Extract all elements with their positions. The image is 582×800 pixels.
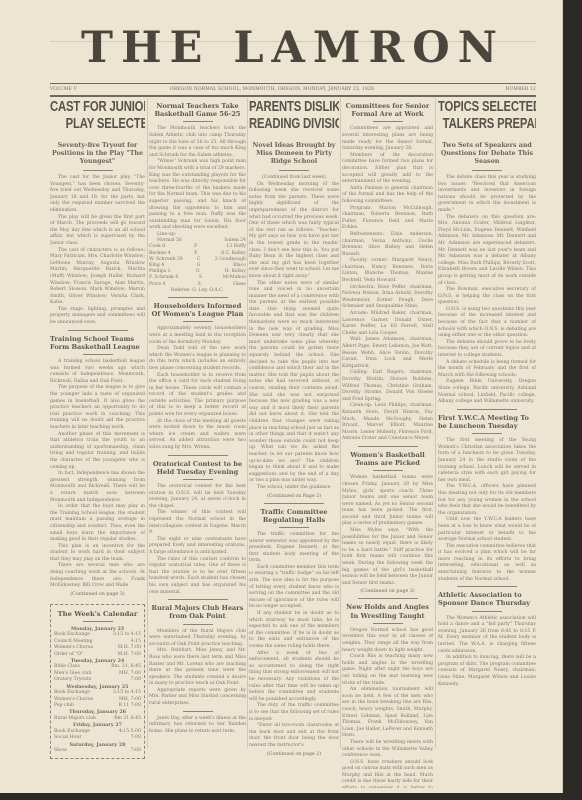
headline-line-2: PLAY SELECTED <box>50 116 124 132</box>
paragraph: Each committee member this term is weari… <box>249 565 339 611</box>
paragraph: Arcade: Mildred Baker, chairman, Lawrenc… <box>342 311 433 337</box>
column-3: PARENTS DISLIKE READING DIVISION Novel I… <box>249 98 339 788</box>
paragraph: Approximately seventy householders were … <box>149 326 246 346</box>
column-divider <box>435 98 436 748</box>
paragraph: Oregon Normal school has good wrestlers … <box>342 628 433 654</box>
paragraph: The Bowman, executive secretary of O.N.S… <box>438 287 536 307</box>
dateline-top-rule <box>50 83 536 84</box>
column-divider <box>340 98 341 748</box>
divider <box>457 409 517 410</box>
article-debate-topics: TOPICS SELECTED TALKERS PREPARE Two Sets… <box>438 99 536 406</box>
issue-number: NUMBER 12 <box>505 87 536 92</box>
article-rural-majors: Rural Majors Club Hears from Oak Point M… <box>149 604 246 735</box>
divider <box>183 479 213 480</box>
event-name: Social Hour <box>54 735 82 741</box>
subheadline: Seventy-five Tryout for Positions in the… <box>50 142 145 166</box>
lineup-row: Price 4SGiese <box>149 282 246 288</box>
divider <box>373 121 403 122</box>
article-parents-dislike: PARENTS DISLIKE READING DIVISION Novel I… <box>249 99 339 500</box>
dateline: VOLUME V OREGON NORMAL SCHOOL, MONMOUTH,… <box>50 87 536 95</box>
article-athletic-dance: Athletic Association to Sponsor Dance Th… <box>438 591 536 688</box>
headline-line-1: CAST FOR JUNIOR <box>50 99 124 115</box>
column-4: Committees for Senior Formal Are at Work… <box>342 98 433 788</box>
paragraph: Program: Marion McCullough, chairman, Ro… <box>342 206 433 232</box>
position: S <box>165 282 233 288</box>
paragraph: Dean Todd told of the new work which the… <box>149 346 246 372</box>
headline-line-2: TALKERS PREPARE <box>438 116 514 132</box>
subheadline: Novel Ideas Brought by Miss Demeen to Pi… <box>249 142 339 166</box>
paragraph: Another phase of this movement is that a… <box>50 432 145 472</box>
headline: Committees for Senior Formal Are at Work <box>342 102 433 118</box>
article-householders: Householders Informed Of Women's League … <box>149 302 246 452</box>
article-oratorical-contest: Oratorical Contest to be Held Tuesday Ev… <box>149 460 246 597</box>
paragraph: The Monmouth teachers took the Salem Ath… <box>149 126 246 159</box>
article-traffic-committee: Traffic Committee Regulating Halls The t… <box>249 508 339 758</box>
paragraph: A training school basketball league was … <box>50 359 145 385</box>
article-wrestling: New Holds and Angles In Wrestling Taught… <box>342 603 433 788</box>
event-time: 7:00 <box>131 735 141 741</box>
lineup-rows: Cook 8F13 DuffyBecken 4F8 C. KelleyW. Sc… <box>149 244 246 287</box>
headline-line-2: READING DIVISION <box>249 116 319 132</box>
article-junior-play: CAST FOR JUNIOR PLAY SELECTED Seventy-fi… <box>50 99 145 327</box>
paragraph: The duty of the traffic committee is to … <box>249 703 339 723</box>
dateline-center: OREGON NORMAL SCHOOL, MONMOUTH, OREGON, … <box>170 87 374 92</box>
volume-label: VOLUME V <box>50 87 77 92</box>
divider <box>472 433 502 434</box>
divider <box>183 711 213 712</box>
column-1: CAST FOR JUNIOR PLAY SELECTED Seventy-fi… <box>50 98 145 788</box>
headline: Householders Informed Of Women's League … <box>149 302 246 318</box>
dateline-bottom-rule <box>50 95 536 97</box>
paragraph: The rules of this contest conform to reg… <box>149 557 246 597</box>
home-player: Price 4 <box>149 282 165 288</box>
column-divider <box>247 98 248 748</box>
paragraph: The stage, lighting, prompter and proper… <box>50 307 145 327</box>
paragraph: Women basketball teams were chosen Frida… <box>342 475 433 528</box>
event-time: 7:00 <box>131 677 141 683</box>
divider <box>358 446 418 447</box>
away-player: Giese <box>233 282 246 288</box>
divider <box>168 455 228 456</box>
headline-line-1: PARENTS DISLIKE <box>249 99 319 115</box>
paragraph: The school, under the guidance <box>249 485 339 492</box>
headline: Training School Teams Form Basketball Le… <box>50 335 145 351</box>
paragraph: The Women's Athletic association will ho… <box>438 616 536 656</box>
continued-notice: (Continued on page 2) <box>249 751 339 758</box>
paragraph: Clean-up: Leon Phillips, chairman, Kenne… <box>342 403 433 443</box>
paragraph: There will be wrestling meets with other… <box>342 740 433 760</box>
divider <box>83 170 113 171</box>
paragraph: In order that the boys may play in the T… <box>50 504 145 544</box>
divider <box>373 470 403 471</box>
paragraph: Committees are appointed and several int… <box>342 126 433 152</box>
paragraph: "Wimie" Schrunk was high point man for M… <box>149 159 246 232</box>
divider <box>279 170 309 171</box>
paragraph: Coach Riis is teaching many new holds an… <box>342 654 433 687</box>
paragraph: Mrs. Reinhart, Miss Jenny, and Mr. Ross … <box>149 648 246 688</box>
paragraph: "Enter all two-room classrooms at the ba… <box>249 723 339 749</box>
headline: Normal Teachers Take Basketball Game 56-… <box>149 102 246 118</box>
event-name: Show <box>54 748 67 754</box>
lineup-table: Line-up: Normal 56 Salem 24 Cook 8F13 Du… <box>149 232 246 294</box>
calendar-event: Show7:00 <box>54 748 141 754</box>
paragraph: The oratorical contest for the best orat… <box>149 484 246 510</box>
divider <box>457 586 517 587</box>
headline: Oratorical Contest to be Held Tuesday Ev… <box>149 460 246 476</box>
referee-line: Referee: G. Ley, O.A.C. <box>149 288 246 294</box>
divider <box>472 611 502 612</box>
column-2: Normal Teachers Take Basketball Game 56-… <box>149 98 246 788</box>
paragraph: The debates should prove to be lively be… <box>438 340 536 360</box>
paragraph: After a week or two of enforcement, all … <box>249 651 339 704</box>
paragraph: Ceiling: Earl Rogers, chairman, Dorothy … <box>342 370 433 403</box>
paragraph: Faculty corner: Margaret Neary, chairman… <box>342 258 433 284</box>
divider <box>83 354 113 355</box>
paragraph: Janet Day, after a week's illness at the… <box>149 716 246 736</box>
paragraph: O.N.S. bone crushers should look good on… <box>342 760 433 788</box>
divider <box>168 297 228 298</box>
subheadline: Two Sets of Speakers and Questions for D… <box>438 142 536 166</box>
headline: New Holds and Angles In Wrestling Taught <box>342 603 433 619</box>
divider <box>358 598 418 599</box>
continued-notice: (Continued on page 3) <box>50 591 145 598</box>
headline: Traffic Committee Regulating Halls <box>249 508 339 524</box>
paragraph: Orchestra: Rose Peffer, chairman, Nelver… <box>342 285 433 311</box>
paragraph: The debate class this year is studying t… <box>438 175 536 215</box>
headline: First Y.W.C.A Meeting To be Luncheon Tue… <box>438 414 536 430</box>
divider <box>472 170 502 171</box>
divider <box>264 503 324 504</box>
newspaper-page: THE LAMRON VOLUME V OREGON NORMAL SCHOOL… <box>0 0 563 793</box>
paragraph: Anita Paulsen is general chairman of the… <box>342 186 433 206</box>
headline: Athletic Association to Sponsor Dance Th… <box>438 591 536 607</box>
paragraph: The play will be given the first part of… <box>50 215 145 248</box>
weeks-calendar-box: The Week's Calendar Monday, January 23Bo… <box>50 604 145 759</box>
divider <box>183 624 213 625</box>
column-divider <box>147 98 148 748</box>
paragraph: (Continued from last week) <box>249 175 339 182</box>
divider <box>279 527 309 528</box>
event-name: Oratory Tryouts <box>54 677 91 683</box>
divider <box>373 623 403 624</box>
headline-line-1: TOPICS SELECTED <box>438 99 514 115</box>
paragraph: At the close of the meeting all guests w… <box>149 419 246 452</box>
paragraph: In addition to dancing, there will be a … <box>438 655 536 688</box>
column-5: TOPICS SELECTED TALKERS PREPARE Two Sets… <box>438 98 536 788</box>
paragraph: Eugene Bible University, Oregon State co… <box>438 379 536 405</box>
paragraph: The other notes were of similar tone and… <box>249 281 339 485</box>
paragraph: On Wednesday morning of the following we… <box>249 182 339 281</box>
paragraph: If any student be in doubt as to which s… <box>249 611 339 651</box>
paragraph: O.N.S. is using two questions this year … <box>438 307 536 340</box>
paragraph: Members of the decoration committee have… <box>342 153 433 186</box>
paragraph: The cast for the Junior play, "The Young… <box>50 175 145 215</box>
paragraph: An elimination tournament will soon be h… <box>342 687 433 740</box>
paragraph: The purpose of the league is to give the… <box>50 385 145 431</box>
paragraph: In fact, Independence has shown the grea… <box>50 471 145 504</box>
divider <box>183 121 213 122</box>
paragraph: The first meeting of the Young Women's C… <box>438 438 536 484</box>
article-senior-formal: Committees for Senior Formal Are at Work… <box>342 102 433 443</box>
article-training-school-league: Training School Teams Form Basketball Le… <box>50 335 145 598</box>
calendar-body: Monday, January 23Book Exchange3:15 to 4… <box>54 626 141 755</box>
paragraph: Refreshments: Elsie Anderson, chairman, … <box>342 232 433 258</box>
paragraph: Members of the Rural Majors club were en… <box>149 629 246 649</box>
event-time: 7:00 <box>131 748 141 754</box>
divider <box>168 599 228 600</box>
paragraph: The executive committee believes that it… <box>438 544 536 584</box>
divider <box>68 330 128 331</box>
paragraph: The eight or nine contestants have prepa… <box>149 537 246 557</box>
article-womens-basketball: Women's Basketball Teams are Picked Wome… <box>342 451 433 596</box>
paragraph: Miss Mylne says, "With the possibilities… <box>342 528 433 587</box>
divider <box>183 321 213 322</box>
paragraph: The Y.W.C.A. officers have planned this … <box>438 484 536 517</box>
paragraph: There are several men who are doing coac… <box>50 563 145 589</box>
paragraph: The cast of characters is as follows: Ma… <box>50 248 145 307</box>
paragraph: The winner of this contest will represen… <box>149 510 246 536</box>
headline: Women's Basketball Teams are Picked <box>342 451 433 467</box>
paragraph: The traffic committee for the winter sem… <box>249 532 339 565</box>
masthead-title: THE LAMRON <box>50 28 536 68</box>
paragraph: This plan is an incentive for the studen… <box>50 544 145 564</box>
divider <box>83 621 113 622</box>
article-basketball-game: Normal Teachers Take Basketball Game 56-… <box>149 102 246 294</box>
calendar-title: The Week's Calendar <box>54 610 141 618</box>
paragraph: Until now the Y.W.C.A leaders have been … <box>438 517 536 543</box>
paragraph: Appropriate reports were given by Mrs. P… <box>149 688 246 708</box>
paragraph: Wall: James Adamson, chairman, Albert Pa… <box>342 337 433 370</box>
headline: Rural Majors Club Hears from Oak Point <box>149 604 246 620</box>
paragraph: The debaters on this question are: Mrs. … <box>438 215 536 288</box>
paragraph: Each householder is to receive from the … <box>149 373 246 419</box>
continued-notice: (Continued on Page 2) <box>249 493 339 500</box>
paragraph: A debate schedule is being formed for th… <box>438 360 536 380</box>
article-ywca-meeting: First Y.W.C.A Meeting To be Luncheon Tue… <box>438 414 536 583</box>
continued-notice: (Continued on page 3) <box>342 588 433 595</box>
